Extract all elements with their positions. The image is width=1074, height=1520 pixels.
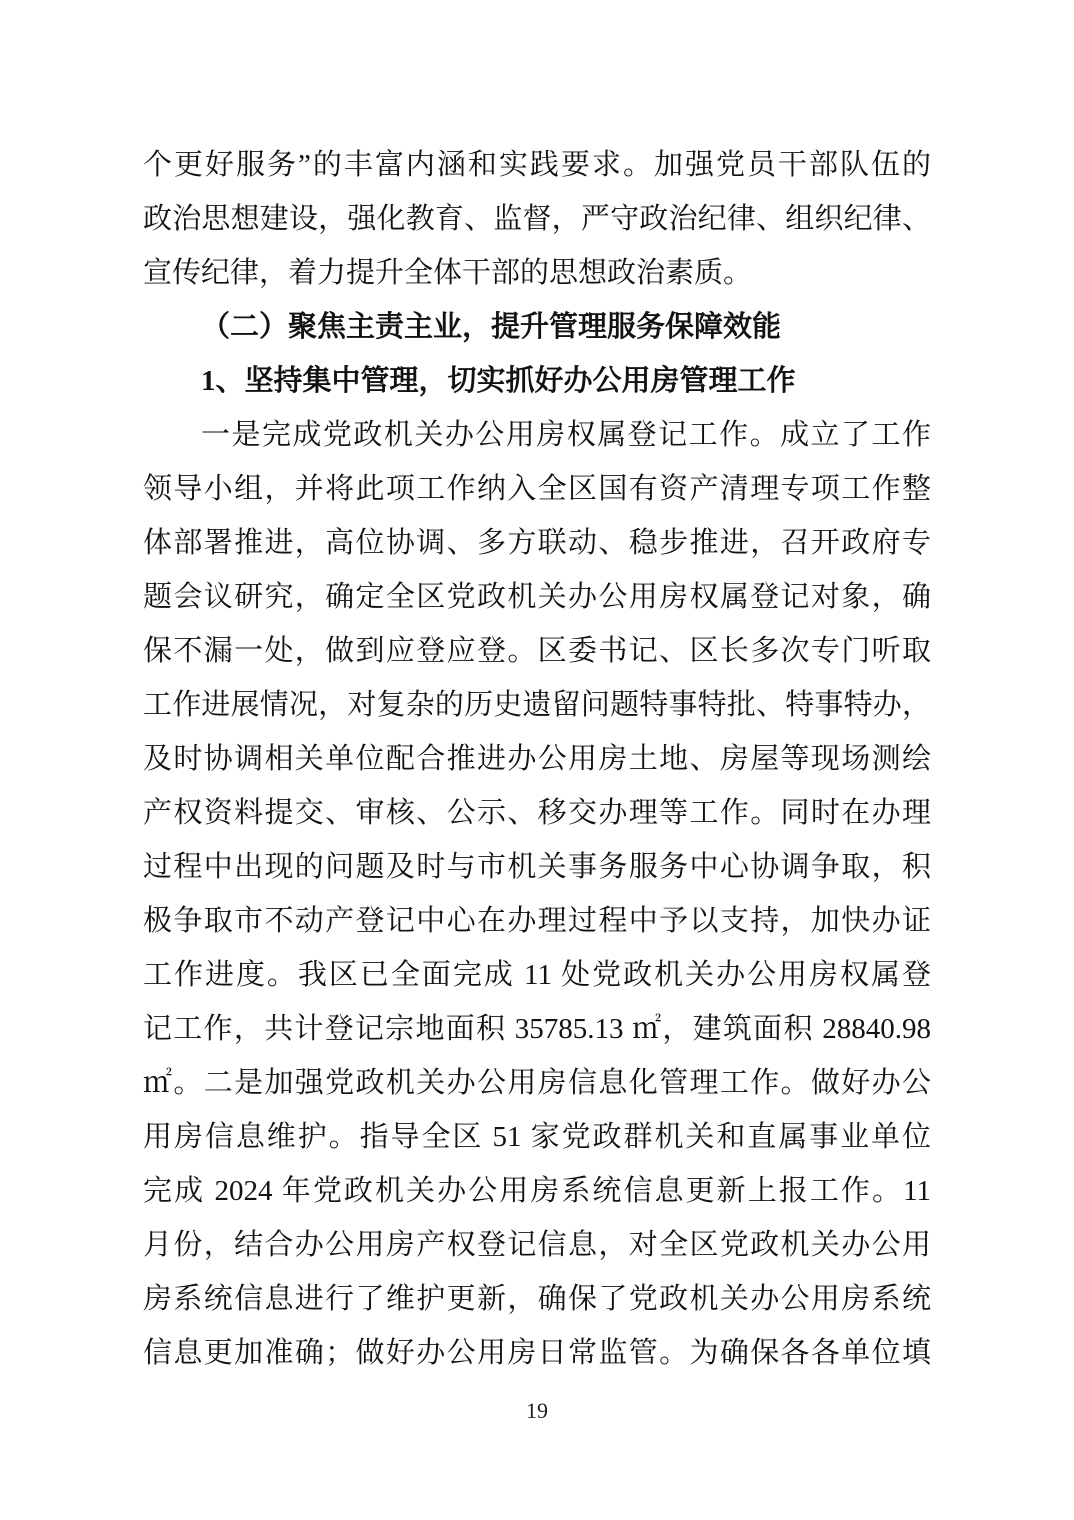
body-text-line: 体部署推进，高位协调、多方联动、稳步推进，召开政府专 — [143, 516, 931, 570]
body-text-line: 个更好服务”的丰富内涵和实践要求。加强党员干部队伍的 — [143, 138, 931, 192]
body-text-line: 题会议研究，确定全区党政机关办公用房权属登记对象，确 — [143, 570, 931, 624]
body-text-line: 记工作，共计登记宗地面积 35785.13 ㎡，建筑面积 28840.98 — [143, 1002, 931, 1056]
page-number: 19 — [0, 1398, 1074, 1424]
body-text-line: 过程中出现的问题及时与市机关事务服务中心协调争取，积 — [143, 840, 931, 894]
body-text-line: 房系统信息进行了维护更新，确保了党政机关办公用房系统 — [143, 1272, 931, 1326]
body-text-line: 工作进度。我区已全面完成 11 处党政机关办公用房权属登 — [143, 948, 931, 1002]
body-text-line: 宣传纪律，着力提升全体干部的思想政治素质。 — [143, 246, 931, 300]
body-text-line: 完成 2024 年党政机关办公用房系统信息更新上报工作。11 — [143, 1164, 931, 1218]
body-text-line: 领导小组，并将此项工作纳入全区国有资产清理专项工作整 — [143, 462, 931, 516]
body-text-line: 信息更加准确；做好办公用房日常监管。为确保各各单位填 — [143, 1326, 931, 1380]
body-text-line: 及时协调相关单位配合推进办公用房土地、房屋等现场测绘 — [143, 732, 931, 786]
body-text-line: 一是完成党政机关办公用房权属登记工作。成立了工作 — [143, 408, 931, 462]
section-heading: （二）聚焦主责主业，提升管理服务保障效能 — [143, 300, 931, 354]
document-page: 个更好服务”的丰富内涵和实践要求。加强党员干部队伍的 政治思想建设，强化教育、监… — [0, 0, 1074, 1520]
document-body: 个更好服务”的丰富内涵和实践要求。加强党员干部队伍的 政治思想建设，强化教育、监… — [143, 138, 931, 1380]
body-text-line: 用房信息维护。指导全区 51 家党政群机关和直属事业单位 — [143, 1110, 931, 1164]
body-text-line: 月份，结合办公用房产权登记信息，对全区党政机关办公用 — [143, 1218, 931, 1272]
sub-heading: 1、坚持集中管理，切实抓好办公用房管理工作 — [143, 354, 931, 408]
body-text-line: 产权资料提交、审核、公示、移交办理等工作。同时在办理 — [143, 786, 931, 840]
body-text-line: 极争取市不动产登记中心在办理过程中予以支持，加快办证 — [143, 894, 931, 948]
body-text-line: 政治思想建设，强化教育、监督，严守政治纪律、组织纪律、 — [143, 192, 931, 246]
body-text-line: 工作进展情况，对复杂的历史遗留问题特事特批、特事特办， — [143, 678, 931, 732]
body-text-line: 保不漏一处，做到应登应登。区委书记、区长多次专门听取 — [143, 624, 931, 678]
body-text-line: ㎡。二是加强党政机关办公用房信息化管理工作。做好办公 — [143, 1056, 931, 1110]
